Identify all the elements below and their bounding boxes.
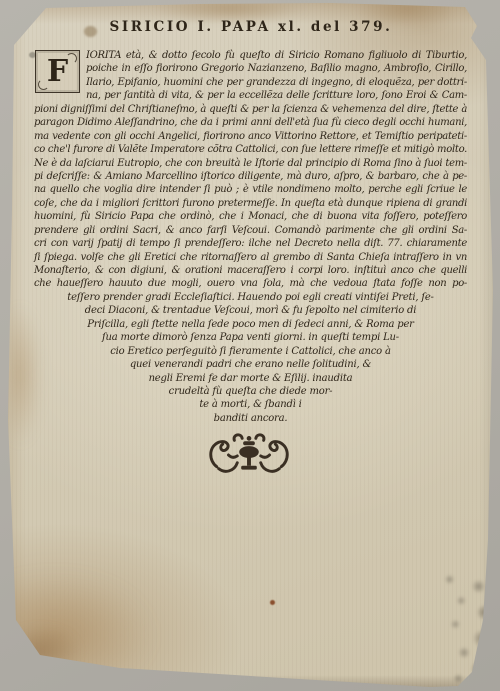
body-text: IORITA età, & dotto ſecolo fù queſto di … [34, 49, 467, 425]
text-line: na quello che voglia dire intender ſi pu… [34, 183, 467, 196]
text-line: co che'l furore di Valẽte Imperatore cõt… [34, 143, 467, 156]
text-line: negli Eremi fe dar morte & Eſilij. inaud… [34, 372, 467, 385]
text-line: prendere gli ordini Sacri, & anco farſi … [34, 224, 467, 237]
text-line: crudeltà fù queſta che diede mor- [34, 385, 467, 398]
text-line: che haueſſero hauuto due mogli, ouero vn… [34, 277, 467, 290]
text-line: poiche in eſſo fiorirono Gregorio Nazian… [34, 62, 467, 75]
text-line: te à morti, & ſbandì i [34, 398, 467, 411]
text-line: cio Eretico perſeguitò ſi fieramente i C… [34, 345, 467, 358]
text-line: pi deſcriſſe: & Amiano Marcellino iſtori… [34, 170, 467, 183]
text-line: cri con varij ſpatij di tempo ſi prendeſ… [34, 237, 467, 250]
text-line: Monaſterio, & con digiuni, & orationi ma… [34, 264, 467, 277]
text-line: banditi ancora. [34, 412, 467, 425]
text-line: teſſero prender gradi Eccleſiaſtici. Hau… [34, 291, 467, 304]
text-line: huomini, fù Siricio Papa che ordinò, che… [34, 210, 467, 223]
text-line: Priſcilla, egli ſtette nella ſede poco m… [34, 318, 467, 331]
page-header: SIRICIO I. PAPA xl. del 379. [35, 19, 467, 35]
text-line: ſua morte dimorò ſenza Papa venti giorni… [34, 331, 467, 344]
text-line: ſi ſpiega. volſe che gli Eretici che rit… [34, 251, 467, 264]
stain-red-dot [270, 600, 275, 605]
text-line: pioni digniſſimi del Chriſtianeſmo, à qu… [34, 103, 467, 116]
text-line: Ne è da laſciarui Eutropio, che con breu… [34, 157, 467, 170]
text-line: IORITA età, & dotto ſecolo fù queſto di … [34, 49, 467, 62]
book-page: SIRICIO I. PAPA xl. del 379. F IORITA et… [0, 0, 500, 691]
text-line: quei venerandi padri che erano nelle ſol… [34, 358, 467, 371]
text-line: paragon Didimo Aleſſandrino, che da i pr… [34, 116, 467, 129]
text-line: ma vedente con gli occhi Angelici, fiori… [34, 130, 467, 143]
tailpiece-ornament-icon [205, 431, 293, 477]
text-line: deci Diaconi, & trentadue Veſcoui, morì … [34, 304, 467, 317]
text-line: Ilario, Epifanio, huomini che per grande… [34, 76, 467, 89]
text-line: coſe, che da i migliori ſcrittori furono… [34, 197, 467, 210]
text-line: na, per ſantità di vita, & per la eccell… [34, 89, 467, 102]
